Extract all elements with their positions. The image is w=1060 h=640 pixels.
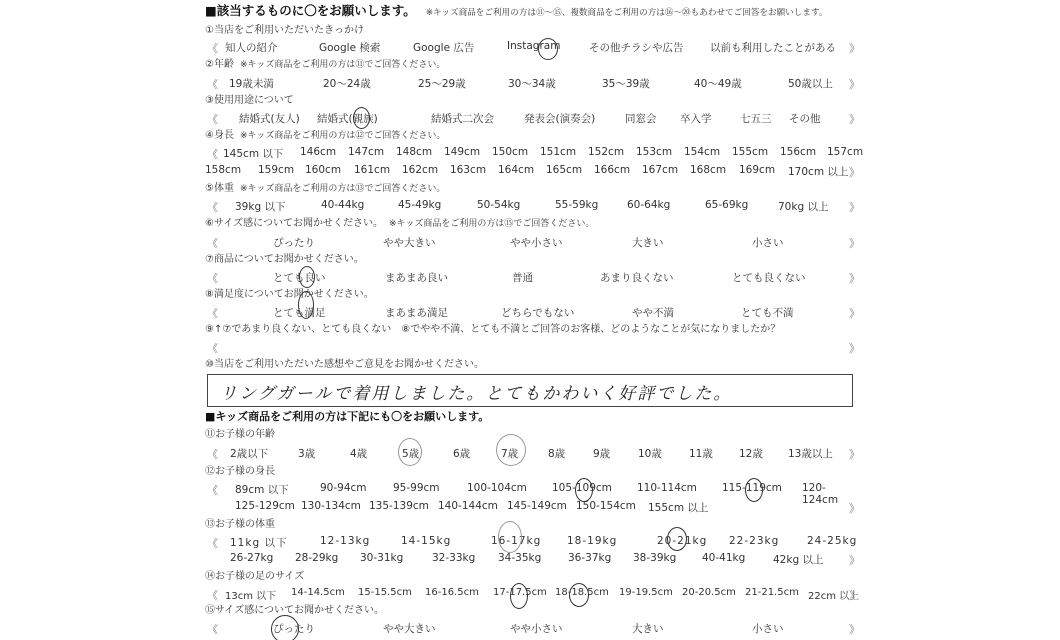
q13-options-row2: 26-27kg 28-29kg 30-31kg 32-33kg 34-35kg …	[205, 552, 860, 568]
q12-option[interactable]: 135-139cm	[369, 500, 429, 512]
q7-option[interactable]: とても良くない	[732, 270, 806, 285]
q11-label: ⑪お子様の年齢	[205, 428, 275, 442]
close-bracket: 》	[849, 500, 860, 516]
q13-option[interactable]: 30-31kg	[360, 552, 403, 564]
q2-option-6[interactable]: 50歳以上	[788, 76, 833, 91]
q4-option[interactable]: 169cm	[739, 164, 775, 176]
q4-option[interactable]: 153cm	[636, 146, 672, 158]
close-bracket: 》	[849, 305, 860, 321]
q6-title: ⑥サイズ感についてお聞かせください。	[205, 218, 383, 229]
open-bracket: 《	[207, 111, 218, 127]
q5-option[interactable]: 70kg 以上	[778, 199, 828, 214]
q7-option[interactable]: とても良い	[273, 270, 326, 285]
open-bracket: 《	[207, 76, 218, 92]
q3-option-2[interactable]: 結婚式二次会	[431, 111, 494, 126]
q3-option-4[interactable]: 同窓会	[625, 111, 657, 126]
q15-option[interactable]: やや大きい	[383, 621, 436, 636]
q6-option[interactable]: やや大きい	[383, 235, 436, 250]
q4-option[interactable]: 161cm	[354, 164, 390, 176]
q9-label: ⑨↑⑦であまり良くない、とても良くない ⑧でやや不満、とても不満とご回答のお客様…	[205, 323, 780, 337]
close-bracket: 》	[849, 270, 860, 286]
q15-option[interactable]: ぴったり	[273, 621, 315, 636]
q1-options: 《 知人の紹介 Google 検索 Google 広告 Instagram その…	[205, 40, 860, 56]
q3-option-6[interactable]: 七五三	[740, 111, 772, 126]
q2-title: ②年齢	[205, 59, 234, 70]
q2-label: ②年齢※キッズ商品をご利用の方は⑪でご回答ください。	[205, 58, 445, 72]
q6-option[interactable]: 大きい	[632, 235, 664, 250]
q4-option[interactable]: 147cm	[348, 146, 384, 158]
q13-option[interactable]: 38-39kg	[633, 552, 676, 564]
q1-option-google-search[interactable]: Google 検索	[319, 40, 380, 55]
close-bracket: 》	[849, 76, 860, 92]
q4-option[interactable]: 162cm	[402, 164, 438, 176]
close-bracket: 》	[849, 235, 860, 251]
q13-option[interactable]: 16-17kg	[491, 535, 541, 547]
q3-option-1[interactable]: 結婚式(親族)	[317, 111, 378, 126]
q15-option[interactable]: やや小さい	[510, 621, 563, 636]
q12-option[interactable]: 130-134cm	[301, 500, 361, 512]
q5-option[interactable]: 55-59kg	[555, 199, 598, 211]
q12-option[interactable]: 105-109cm	[552, 482, 612, 494]
open-bracket: 《	[207, 270, 218, 286]
q13-options-row1: 《 11kg 以下 12-13kg 14-15kg 16-17kg 18-19k…	[205, 535, 860, 551]
q6-option[interactable]: やや小さい	[510, 235, 563, 250]
q4-option[interactable]: 159cm	[258, 164, 294, 176]
q4-option[interactable]: 168cm	[690, 164, 726, 176]
q2-option-3[interactable]: 30〜34歳	[508, 76, 556, 91]
q12-option[interactable]: 150-154cm	[576, 500, 636, 512]
q13-option[interactable]: 42kg 以上	[773, 552, 823, 567]
q12-option[interactable]: 155cm 以上	[648, 500, 708, 515]
q12-options-row2: 125-129cm 130-134cm 135-139cm 140-144cm …	[205, 500, 860, 516]
open-bracket: 《	[207, 199, 218, 215]
q2-option-0[interactable]: 19歳未満	[229, 76, 274, 91]
q4-option[interactable]: 165cm	[546, 164, 582, 176]
q4-label: ④身長※キッズ商品をご利用の方は⑫でご回答ください。	[205, 129, 445, 143]
q4-option[interactable]: 145cm 以下	[223, 146, 283, 161]
q12-option[interactable]: 100-104cm	[467, 482, 527, 494]
q5-label: ⑤体重※キッズ商品をご利用の方は⑬でご回答ください。	[205, 182, 445, 196]
q13-option[interactable]: 32-33kg	[432, 552, 475, 564]
q5-title: ⑤体重	[205, 183, 234, 194]
q4-option[interactable]: 152cm	[588, 146, 624, 158]
q7-label: ⑦商品についてお聞かせください。	[205, 253, 364, 267]
q14-option[interactable]: 21-21.5cm	[745, 587, 799, 598]
q14-option[interactable]: 16-16.5cm	[425, 587, 479, 598]
q4-option[interactable]: 160cm	[305, 164, 341, 176]
q12-label: ⑫お子様の身長	[205, 465, 275, 479]
q14-option[interactable]: 18-18.5cm	[555, 587, 609, 598]
q8-label: ⑧満足度についてお聞かせください。	[205, 288, 374, 302]
q12-option[interactable]: 140-144cm	[438, 500, 498, 512]
open-bracket: 《	[207, 146, 218, 162]
q4-option[interactable]: 166cm	[594, 164, 630, 176]
q4-options-row2: 158cm 159cm 160cm 161cm 162cm 163cm 164c…	[205, 164, 860, 180]
q5-option[interactable]: 45-49kg	[398, 199, 441, 211]
q14-option[interactable]: 17-17.5cm	[493, 587, 547, 598]
close-bracket: 》	[849, 111, 860, 127]
q12-option[interactable]: 89cm 以下	[235, 482, 289, 497]
q4-option[interactable]: 149cm	[444, 146, 480, 158]
q12-option[interactable]: 115-119cm	[722, 482, 782, 494]
q5-option[interactable]: 40-44kg	[321, 199, 364, 211]
q4-option[interactable]: 163cm	[450, 164, 486, 176]
q14-option[interactable]: 19-19.5cm	[619, 587, 673, 598]
q4-option[interactable]: 150cm	[492, 146, 528, 158]
q7-option[interactable]: まあまあ良い	[385, 270, 448, 285]
q11-option[interactable]: 3歳	[298, 446, 315, 461]
form-title: ■該当するものに〇をお願いします。	[205, 3, 416, 18]
q13-option[interactable]: 36-37kg	[568, 552, 611, 564]
q13-option[interactable]: 40-41kg	[702, 552, 745, 564]
q13-option[interactable]: 34-35kg	[498, 552, 541, 564]
q5-options: 《 39kg 以下 40-44kg 45-49kg 50-54kg 55-59k…	[205, 199, 860, 215]
q14-option[interactable]: 15-15.5cm	[358, 587, 412, 598]
q8-option[interactable]: どちらでもない	[501, 305, 574, 320]
q4-option[interactable]: 146cm	[300, 146, 336, 158]
q5-option[interactable]: 50-54kg	[477, 199, 520, 211]
q5-note: ※キッズ商品をご利用の方は⑬でご回答ください。	[240, 184, 445, 194]
q11-option[interactable]: 13歳以上	[788, 446, 833, 461]
q2-option-4[interactable]: 35〜39歳	[602, 76, 650, 91]
q11-options: 《 2歳以下 3歳 4歳 5歳 6歳 7歳 8歳 9歳 10歳 11歳 12歳 …	[205, 446, 860, 462]
close-bracket: 》	[849, 40, 860, 56]
q11-option[interactable]: 8歳	[548, 446, 565, 461]
open-bracket: 《	[207, 587, 218, 603]
q4-option[interactable]: 154cm	[684, 146, 720, 158]
open-bracket: 《	[207, 535, 219, 551]
q11-option[interactable]: 4歳	[350, 446, 367, 461]
q3-options: 《 結婚式(友人) 結婚式(親族) 結婚式二次会 発表会(演奏会) 同窓会 卒入…	[205, 111, 860, 127]
form-note: ※キッズ商品をご利用の方は⑪〜⑮、複数商品をご利用の方は⑯〜⑳もあわせてご回答を…	[426, 8, 828, 18]
q11-option[interactable]: 10歳	[638, 446, 662, 461]
q1-option-google-ads[interactable]: Google 広告	[413, 40, 474, 55]
open-bracket: 《	[207, 446, 218, 462]
q4-option[interactable]: 151cm	[540, 146, 576, 158]
kids-section-title: ■キッズ商品をご利用の方は下記にも〇をお願いします。	[205, 410, 489, 424]
q13-option[interactable]: 11kg 以下	[230, 535, 287, 550]
q13-label: ⑬お子様の体重	[205, 518, 275, 532]
q13-option[interactable]: 18-19kg	[567, 535, 617, 547]
open-bracket: 《	[207, 482, 218, 498]
q5-option[interactable]: 39kg 以下	[235, 199, 285, 214]
q9-answer-field[interactable]: 《 》	[205, 340, 860, 356]
q1-option-returning[interactable]: 以前も利用したことがある	[710, 40, 836, 55]
open-bracket: 《	[207, 40, 218, 56]
open-bracket: 《	[207, 305, 218, 321]
q4-option[interactable]: 155cm	[732, 146, 768, 158]
q11-option[interactable]: 6歳	[453, 446, 470, 461]
close-bracket: 》	[849, 446, 860, 462]
q14-option[interactable]: 14-14.5cm	[291, 587, 345, 598]
q11-option[interactable]: 7歳	[501, 446, 518, 461]
q12-option[interactable]: 90-94cm	[320, 482, 367, 494]
q15-option[interactable]: 大きい	[632, 621, 664, 636]
q6-label: ⑥サイズ感についてお聞かせください。※キッズ商品をご利用の方は⑮でご回答ください…	[205, 217, 594, 231]
q8-option[interactable]: まあまあ満足	[385, 305, 448, 320]
q3-option-0[interactable]: 結婚式(友人)	[239, 111, 300, 126]
q5-option[interactable]: 60-64kg	[627, 199, 670, 211]
q15-option[interactable]: 小さい	[752, 621, 784, 636]
q7-option[interactable]: あまり良くない	[600, 270, 674, 285]
q12-option[interactable]: 145-149cm	[507, 500, 567, 512]
close-bracket: 》	[849, 164, 860, 180]
q4-option[interactable]: 158cm	[205, 164, 241, 176]
q15-options: 《 ぴったり やや大きい やや小さい 大きい 小さい 》	[205, 621, 860, 637]
q4-note: ※キッズ商品をご利用の方は⑫でご回答ください。	[240, 131, 445, 141]
q3-option-7[interactable]: その他	[789, 111, 821, 126]
form-heading: ■該当するものに〇をお願いします。※キッズ商品をご利用の方は⑪〜⑮、複数商品をご…	[205, 4, 827, 20]
q12-option[interactable]: 125-129cm	[235, 500, 295, 512]
close-bracket: 》	[849, 587, 860, 603]
q13-option[interactable]: 12-13kg	[320, 535, 370, 547]
q1-option-flyer[interactable]: その他チラシや広告	[589, 40, 684, 55]
q8-option[interactable]: やや不満	[632, 305, 674, 320]
q3-label: ③使用用途について	[205, 94, 294, 108]
q10-handwritten-answer: リングガールで着用しました。とてもかわいく好評でした。	[220, 379, 732, 404]
q12-option[interactable]: 110-114cm	[637, 482, 697, 494]
q5-option[interactable]: 65-69kg	[705, 199, 748, 211]
q2-note: ※キッズ商品をご利用の方は⑪でご回答ください。	[240, 60, 445, 70]
q1-option-referral[interactable]: 知人の紹介	[225, 40, 278, 55]
q3-option-3[interactable]: 発表会(演奏会)	[524, 111, 595, 126]
q15-label: ⑮サイズ感についてお聞かせください。	[205, 604, 384, 618]
q10-label: ⑩当店をご利用いただいた感想やご意見をお聞かせください。	[205, 358, 484, 372]
q4-option[interactable]: 157cm	[827, 146, 863, 158]
q12-options-row1: 《 89cm 以下 90-94cm 95-99cm 100-104cm 105-…	[205, 482, 860, 498]
q11-option[interactable]: 9歳	[593, 446, 610, 461]
q2-option-5[interactable]: 40〜49歳	[694, 76, 742, 91]
q11-option[interactable]: 5歳	[402, 446, 419, 461]
q14-options: 《 13cm 以下 14-14.5cm 15-15.5cm 16-16.5cm …	[205, 587, 860, 603]
q13-option[interactable]: 24-25kg	[807, 535, 857, 547]
open-bracket: 《	[207, 340, 218, 356]
q7-option[interactable]: 普通	[512, 270, 533, 285]
q13-option[interactable]: 20-21kg	[657, 535, 707, 547]
q2-options: 《 19歳未満 20〜24歳 25〜29歳 30〜34歳 35〜39歳 40〜4…	[205, 76, 860, 92]
q3-option-5[interactable]: 卒入学	[680, 111, 712, 126]
q14-option[interactable]: 20-20.5cm	[682, 587, 736, 598]
open-bracket: 《	[207, 621, 218, 637]
q6-option[interactable]: 小さい	[752, 235, 784, 250]
close-bracket: 》	[849, 621, 860, 637]
q6-option[interactable]: ぴったり	[273, 235, 315, 250]
q12-option[interactable]: 95-99cm	[393, 482, 440, 494]
close-bracket: 》	[849, 340, 860, 356]
q6-options: 《 ぴったり やや大きい やや小さい 大きい 小さい 》	[205, 235, 860, 251]
q11-option[interactable]: 11歳	[689, 446, 713, 461]
q10-comment-box[interactable]: リングガールで着用しました。とてもかわいく好評でした。	[207, 374, 853, 407]
q7-options: 《 とても良い まあまあ良い 普通 あまり良くない とても良くない 》	[205, 270, 860, 286]
close-bracket: 》	[849, 199, 860, 215]
q2-option-1[interactable]: 20〜24歳	[323, 76, 371, 91]
q8-options: 《 とても満足 まあまあ満足 どちらでもない やや不満 とても不満 》	[205, 305, 860, 321]
q14-label: ⑭お子様の足のサイズ	[205, 570, 304, 584]
q13-option[interactable]: 22-23kg	[729, 535, 779, 547]
q13-option[interactable]: 26-27kg	[230, 552, 273, 564]
q13-option[interactable]: 14-15kg	[401, 535, 451, 547]
q4-option[interactable]: 156cm	[780, 146, 816, 158]
q13-option[interactable]: 28-29kg	[295, 552, 338, 564]
q4-option[interactable]: 167cm	[642, 164, 678, 176]
q4-options-row1: 《 145cm 以下 146cm 147cm 148cm 149cm 150cm…	[205, 146, 860, 162]
q11-option[interactable]: 2歳以下	[230, 446, 268, 461]
q8-option[interactable]: とても満足	[273, 305, 326, 320]
q8-option[interactable]: とても不満	[741, 305, 794, 320]
q14-option[interactable]: 13cm 以下	[225, 587, 276, 602]
q6-note: ※キッズ商品をご利用の方は⑮でご回答ください。	[389, 219, 594, 229]
q4-option[interactable]: 148cm	[396, 146, 432, 158]
q2-option-2[interactable]: 25〜29歳	[418, 76, 466, 91]
close-bracket: 》	[849, 552, 860, 568]
q4-title: ④身長	[205, 130, 234, 141]
q11-option[interactable]: 12歳	[739, 446, 763, 461]
q1-option-instagram[interactable]: Instagram	[507, 40, 560, 52]
q1-label: ①当店をご利用いただいたきっかけ	[205, 24, 364, 38]
q4-option[interactable]: 170cm 以上	[788, 164, 848, 179]
q4-option[interactable]: 164cm	[498, 164, 534, 176]
open-bracket: 《	[207, 235, 218, 251]
